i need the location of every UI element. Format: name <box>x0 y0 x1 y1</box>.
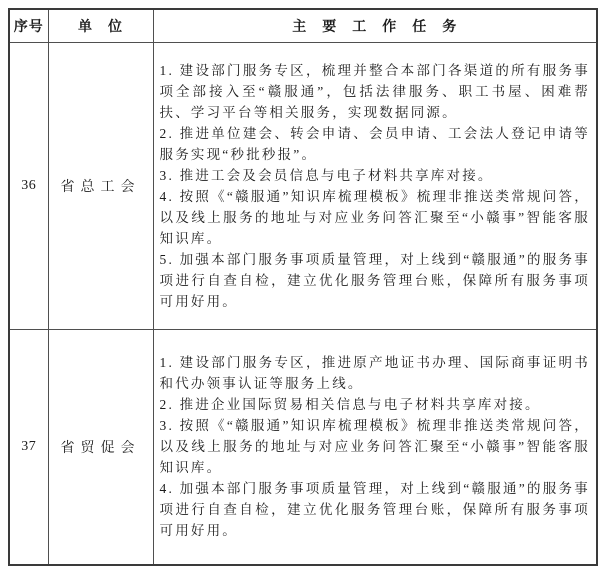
unit-cell: 省总工会 <box>48 42 153 329</box>
serial-number-cell: 37 <box>9 329 48 565</box>
table-row: 36 省总工会 1. 建设部门服务专区，梳理并整合本部门各渠道的所有服务事项全部… <box>9 42 597 329</box>
tasks-cell: 1. 建设部门服务专区，推进原产地证书办理、国际商事证明书和代办领事认证等服务上… <box>153 329 597 565</box>
tasks-cell: 1. 建设部门服务专区，梳理并整合本部门各渠道的所有服务事项全部接入至“赣服通”… <box>153 42 597 329</box>
document-page: 序号 单 位 主 要 工 作 任 务 36 省总工会 1. 建设部门服务专区，梳… <box>0 0 608 582</box>
header-serial-number: 序号 <box>9 9 48 42</box>
header-main-tasks: 主 要 工 作 任 务 <box>153 9 597 42</box>
unit-cell: 省贸促会 <box>48 329 153 565</box>
task-item: 2. 推进企业国际贸易相关信息与电子材料共享库对接。 <box>160 394 591 415</box>
task-item: 3. 推进工会及会员信息与电子材料共享库对接。 <box>160 165 591 186</box>
task-item: 1. 建设部门服务专区，梳理并整合本部门各渠道的所有服务事项全部接入至“赣服通”… <box>160 60 591 123</box>
header-row: 序号 单 位 主 要 工 作 任 务 <box>9 9 597 42</box>
task-item: 1. 建设部门服务专区，推进原产地证书办理、国际商事证明书和代办领事认证等服务上… <box>160 352 591 394</box>
header-unit: 单 位 <box>48 9 153 42</box>
task-table: 序号 单 位 主 要 工 作 任 务 36 省总工会 1. 建设部门服务专区，梳… <box>8 8 598 566</box>
table-row: 37 省贸促会 1. 建设部门服务专区，推进原产地证书办理、国际商事证明书和代办… <box>9 329 597 565</box>
task-item: 4. 加强本部门服务事项质量管理，对上线到“赣服通”的服务事项进行自查自检，建立… <box>160 478 591 541</box>
task-list: 1. 建设部门服务专区，推进原产地证书办理、国际商事证明书和代办领事认证等服务上… <box>160 352 591 541</box>
task-item: 5. 加强本部门服务事项质量管理，对上线到“赣服通”的服务事项进行自查自检，建立… <box>160 249 591 312</box>
task-item: 3. 按照《“赣服通”知识库梳理模板》梳理非推送类常规问答，以及线上服务的地址与… <box>160 415 591 478</box>
task-list: 1. 建设部门服务专区，梳理并整合本部门各渠道的所有服务事项全部接入至“赣服通”… <box>160 60 591 312</box>
task-item: 4. 按照《“赣服通”知识库梳理模板》梳理非推送类常规问答，以及线上服务的地址与… <box>160 186 591 249</box>
serial-number-cell: 36 <box>9 42 48 329</box>
task-item: 2. 推进单位建会、转会申请、会员申请、工会法人登记申请等服务实现“秒批秒报”。 <box>160 123 591 165</box>
